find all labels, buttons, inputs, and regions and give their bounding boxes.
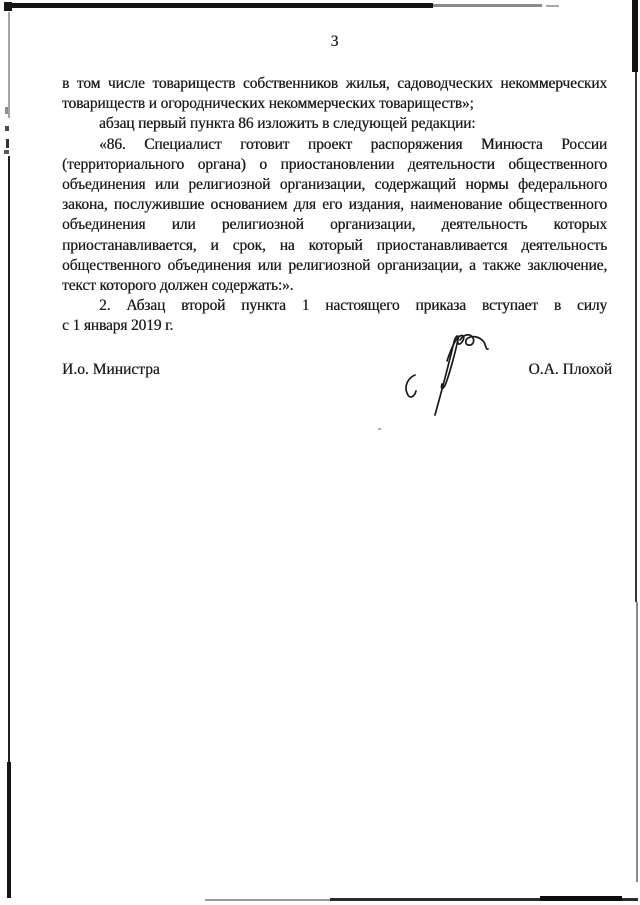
scan-edge-left-line — [8, 156, 10, 762]
scan-edge-left-thick — [7, 762, 11, 898]
page-number: 3 — [62, 33, 607, 51]
scan-edge-left-tick — [5, 107, 8, 114]
text-line: объединения или религиозной организации,… — [62, 175, 607, 195]
text-line: абзац первый пункта 86 изложить в следую… — [62, 114, 607, 134]
document-body: в том числе товариществ собственников жи… — [62, 74, 607, 336]
signer-name: О.А. Плохой — [528, 361, 612, 379]
signature-icon — [402, 327, 494, 419]
scan-edge-bottom-thick — [540, 896, 622, 901]
text-line: текст которого должен содержать:». — [62, 276, 607, 296]
text-line: приостанавливается, и срок, на который п… — [62, 236, 607, 256]
text-line: общественного объединения или религиозно… — [62, 256, 607, 276]
scan-edge-top-dash — [546, 5, 559, 7]
scan-edge-top-bar-fade — [433, 4, 542, 7]
scan-speck — [378, 428, 381, 430]
text-line: с 1 января 2019 г. — [62, 316, 607, 336]
scan-edge-right-thick — [632, 0, 638, 72]
scan-edge-right-fade — [636, 602, 638, 882]
scan-edge-left-gray — [8, 12, 10, 118]
scan-edge-top-bar — [8, 3, 433, 8]
text-line: товариществ и огороднических некоммерчес… — [62, 94, 607, 114]
text-line: закона, послужившие основанием для его и… — [62, 195, 607, 215]
text-line: объединения или религиозной организации,… — [62, 215, 607, 235]
signoff-row: И.о. Министра О.А. Плохой — [62, 361, 612, 379]
scan-edge-bottom-gray — [205, 899, 330, 901]
scan-speck — [6, 139, 9, 148]
text-line: (территориального органа) о приостановле… — [62, 155, 607, 175]
scan-speck — [4, 150, 9, 154]
text-line: в том числе товариществ собственников жи… — [62, 74, 607, 94]
text-line: 2. Абзац второй пункта 1 настоящего прик… — [62, 296, 607, 316]
scan-edge-right-line — [635, 72, 637, 602]
signer-title: И.о. Министра — [62, 361, 160, 379]
scanned-document-page: 3 в том числе товариществ собственников … — [0, 0, 640, 905]
scan-corner-blob — [4, 2, 12, 11]
text-line: «86. Специалист готовит проект распоряже… — [62, 135, 607, 155]
scan-speck — [5, 126, 9, 131]
